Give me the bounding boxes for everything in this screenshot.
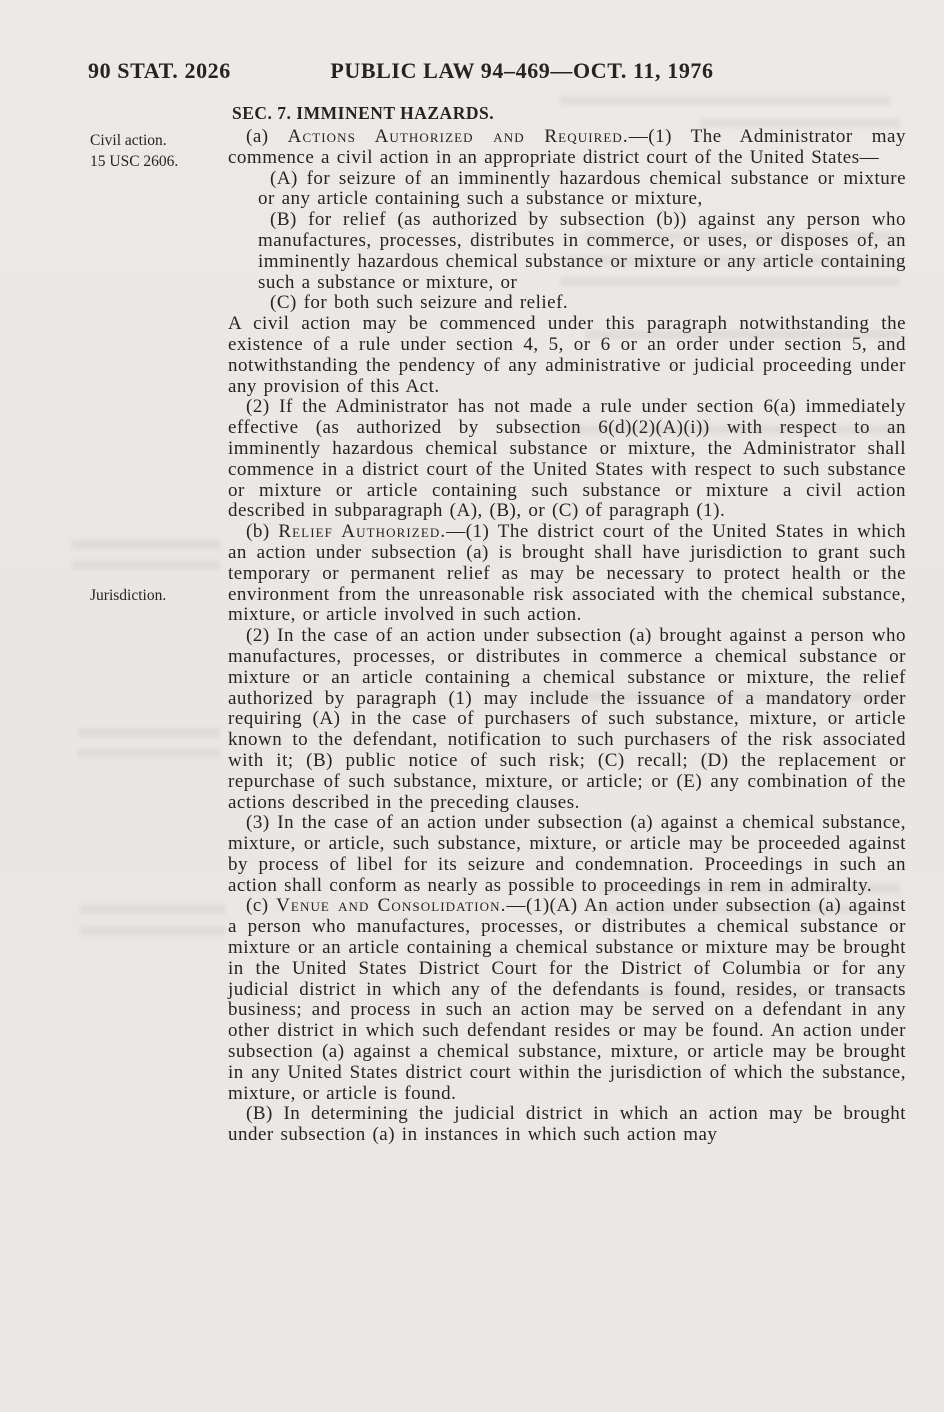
paragraph-10: (c) Venue and Consolidation.—(1)(A) An a… (228, 896, 906, 1104)
paragraph-3: (B) for relief (as authorized by subsect… (258, 210, 906, 293)
paragraph-5: A civil action may be commenced under th… (228, 314, 906, 397)
paragraph-11: (B) In determining the judicial district… (228, 1104, 906, 1146)
paragraph-9: (3) In the case of an action under subse… (228, 813, 906, 896)
scanned-statute-page: 90 STAT. 2026 PUBLIC LAW 94–469—OCT. 11,… (0, 0, 944, 1412)
paragraph-6: (2) If the Administrator has not made a … (228, 397, 906, 522)
statute-text-run: (B) for relief (as authorized by subsect… (258, 209, 906, 292)
paragraph-1: (a) Actions Authorized and Required.—(1)… (228, 127, 906, 169)
margin-note-line: Jurisdiction. (90, 585, 222, 606)
public-law-running-head: PUBLIC LAW 94–469—OCT. 11, 1976 (280, 58, 764, 84)
statute-text-run: (A) for seizure of an imminently hazardo… (258, 168, 906, 210)
section-heading: SEC. 7. IMMINENT HAZARDS. (232, 103, 494, 124)
statute-text-run: A civil action may be commenced under th… (228, 313, 906, 396)
subsection-caption: Venue and Consolidation. (276, 895, 506, 916)
subsection-caption: Actions Authorized and Required. (288, 126, 629, 147)
statute-text-run: (3) In the case of an action under subse… (228, 812, 906, 895)
subsection-caption: Relief Authorized. (278, 521, 446, 542)
margin-note-line: Civil action. (90, 130, 222, 151)
statute-text-run: (2) If the Administrator has not made a … (228, 396, 906, 521)
statute-body-text: (a) Actions Authorized and Required.—(1)… (228, 127, 906, 1146)
bleed-through-artifact (72, 540, 220, 576)
statute-text-run: (b) (246, 521, 278, 542)
statute-text-run: (a) (246, 126, 288, 147)
bleed-through-artifact (560, 96, 890, 113)
paragraph-8: (2) In the case of an action under subse… (228, 626, 906, 813)
stat-page-number: 90 STAT. 2026 (88, 58, 231, 84)
margin-note-jurisdiction: Jurisdiction. (90, 585, 222, 606)
statute-text-run: (C) for both such seizure and relief. (270, 292, 568, 313)
margin-note-civil-action: Civil action. 15 USC 2606. (90, 130, 222, 172)
margin-note-line: 15 USC 2606. (90, 151, 222, 172)
paragraph-7: (b) Relief Authorized.—(1) The district … (228, 522, 906, 626)
bleed-through-artifact (78, 728, 220, 766)
paragraph-4: (C) for both such seizure and relief. (258, 293, 906, 314)
paragraph-2: (A) for seizure of an imminently hazardo… (258, 169, 906, 211)
statute-text-run: (2) In the case of an action under subse… (228, 625, 906, 812)
statute-text-run: (c) (246, 895, 276, 916)
statute-text-run: —(1)(A) An action under subsection (a) a… (228, 895, 906, 1103)
bleed-through-artifact (80, 905, 225, 943)
statute-text-run: (B) In determining the judicial district… (228, 1103, 906, 1145)
